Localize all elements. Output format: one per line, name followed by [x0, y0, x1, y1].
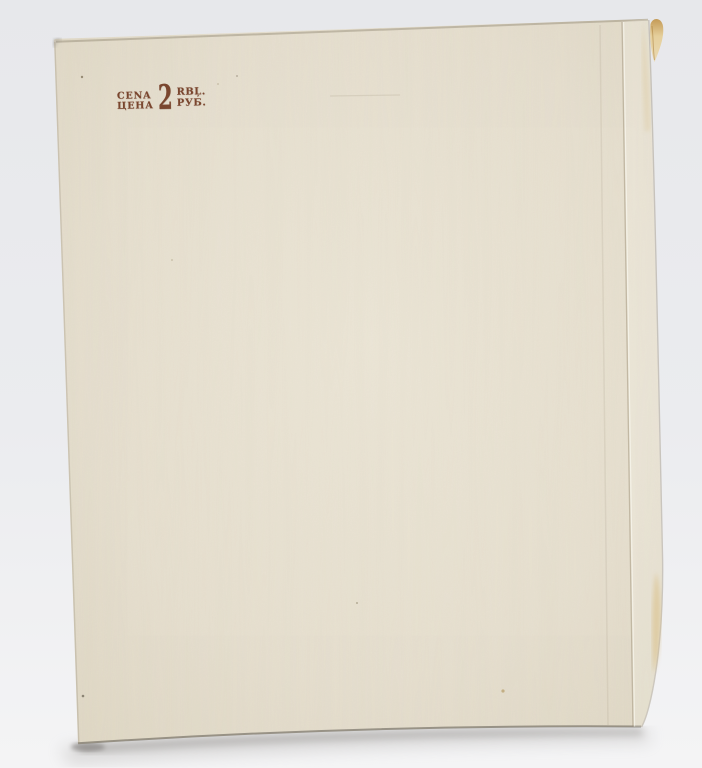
price-stamp: CENA ЦЕНА 2 RBĻ. РУБ.: [117, 84, 207, 114]
price-label-russian: ЦЕНА: [117, 101, 154, 112]
currency-latvian: RBĻ.: [177, 86, 207, 98]
photo-of-book-back-cover: CENA ЦЕНА 2 RBĻ. РУБ.: [0, 0, 702, 768]
price-amount: 2: [157, 83, 173, 113]
currency-labels: RBĻ. РУБ.: [177, 86, 207, 110]
currency-russian: РУБ.: [177, 97, 207, 109]
price-labels: CENA ЦЕНА: [117, 91, 154, 112]
book-photo-rendering: [0, 0, 702, 768]
paper-texture: [40, 0, 680, 768]
